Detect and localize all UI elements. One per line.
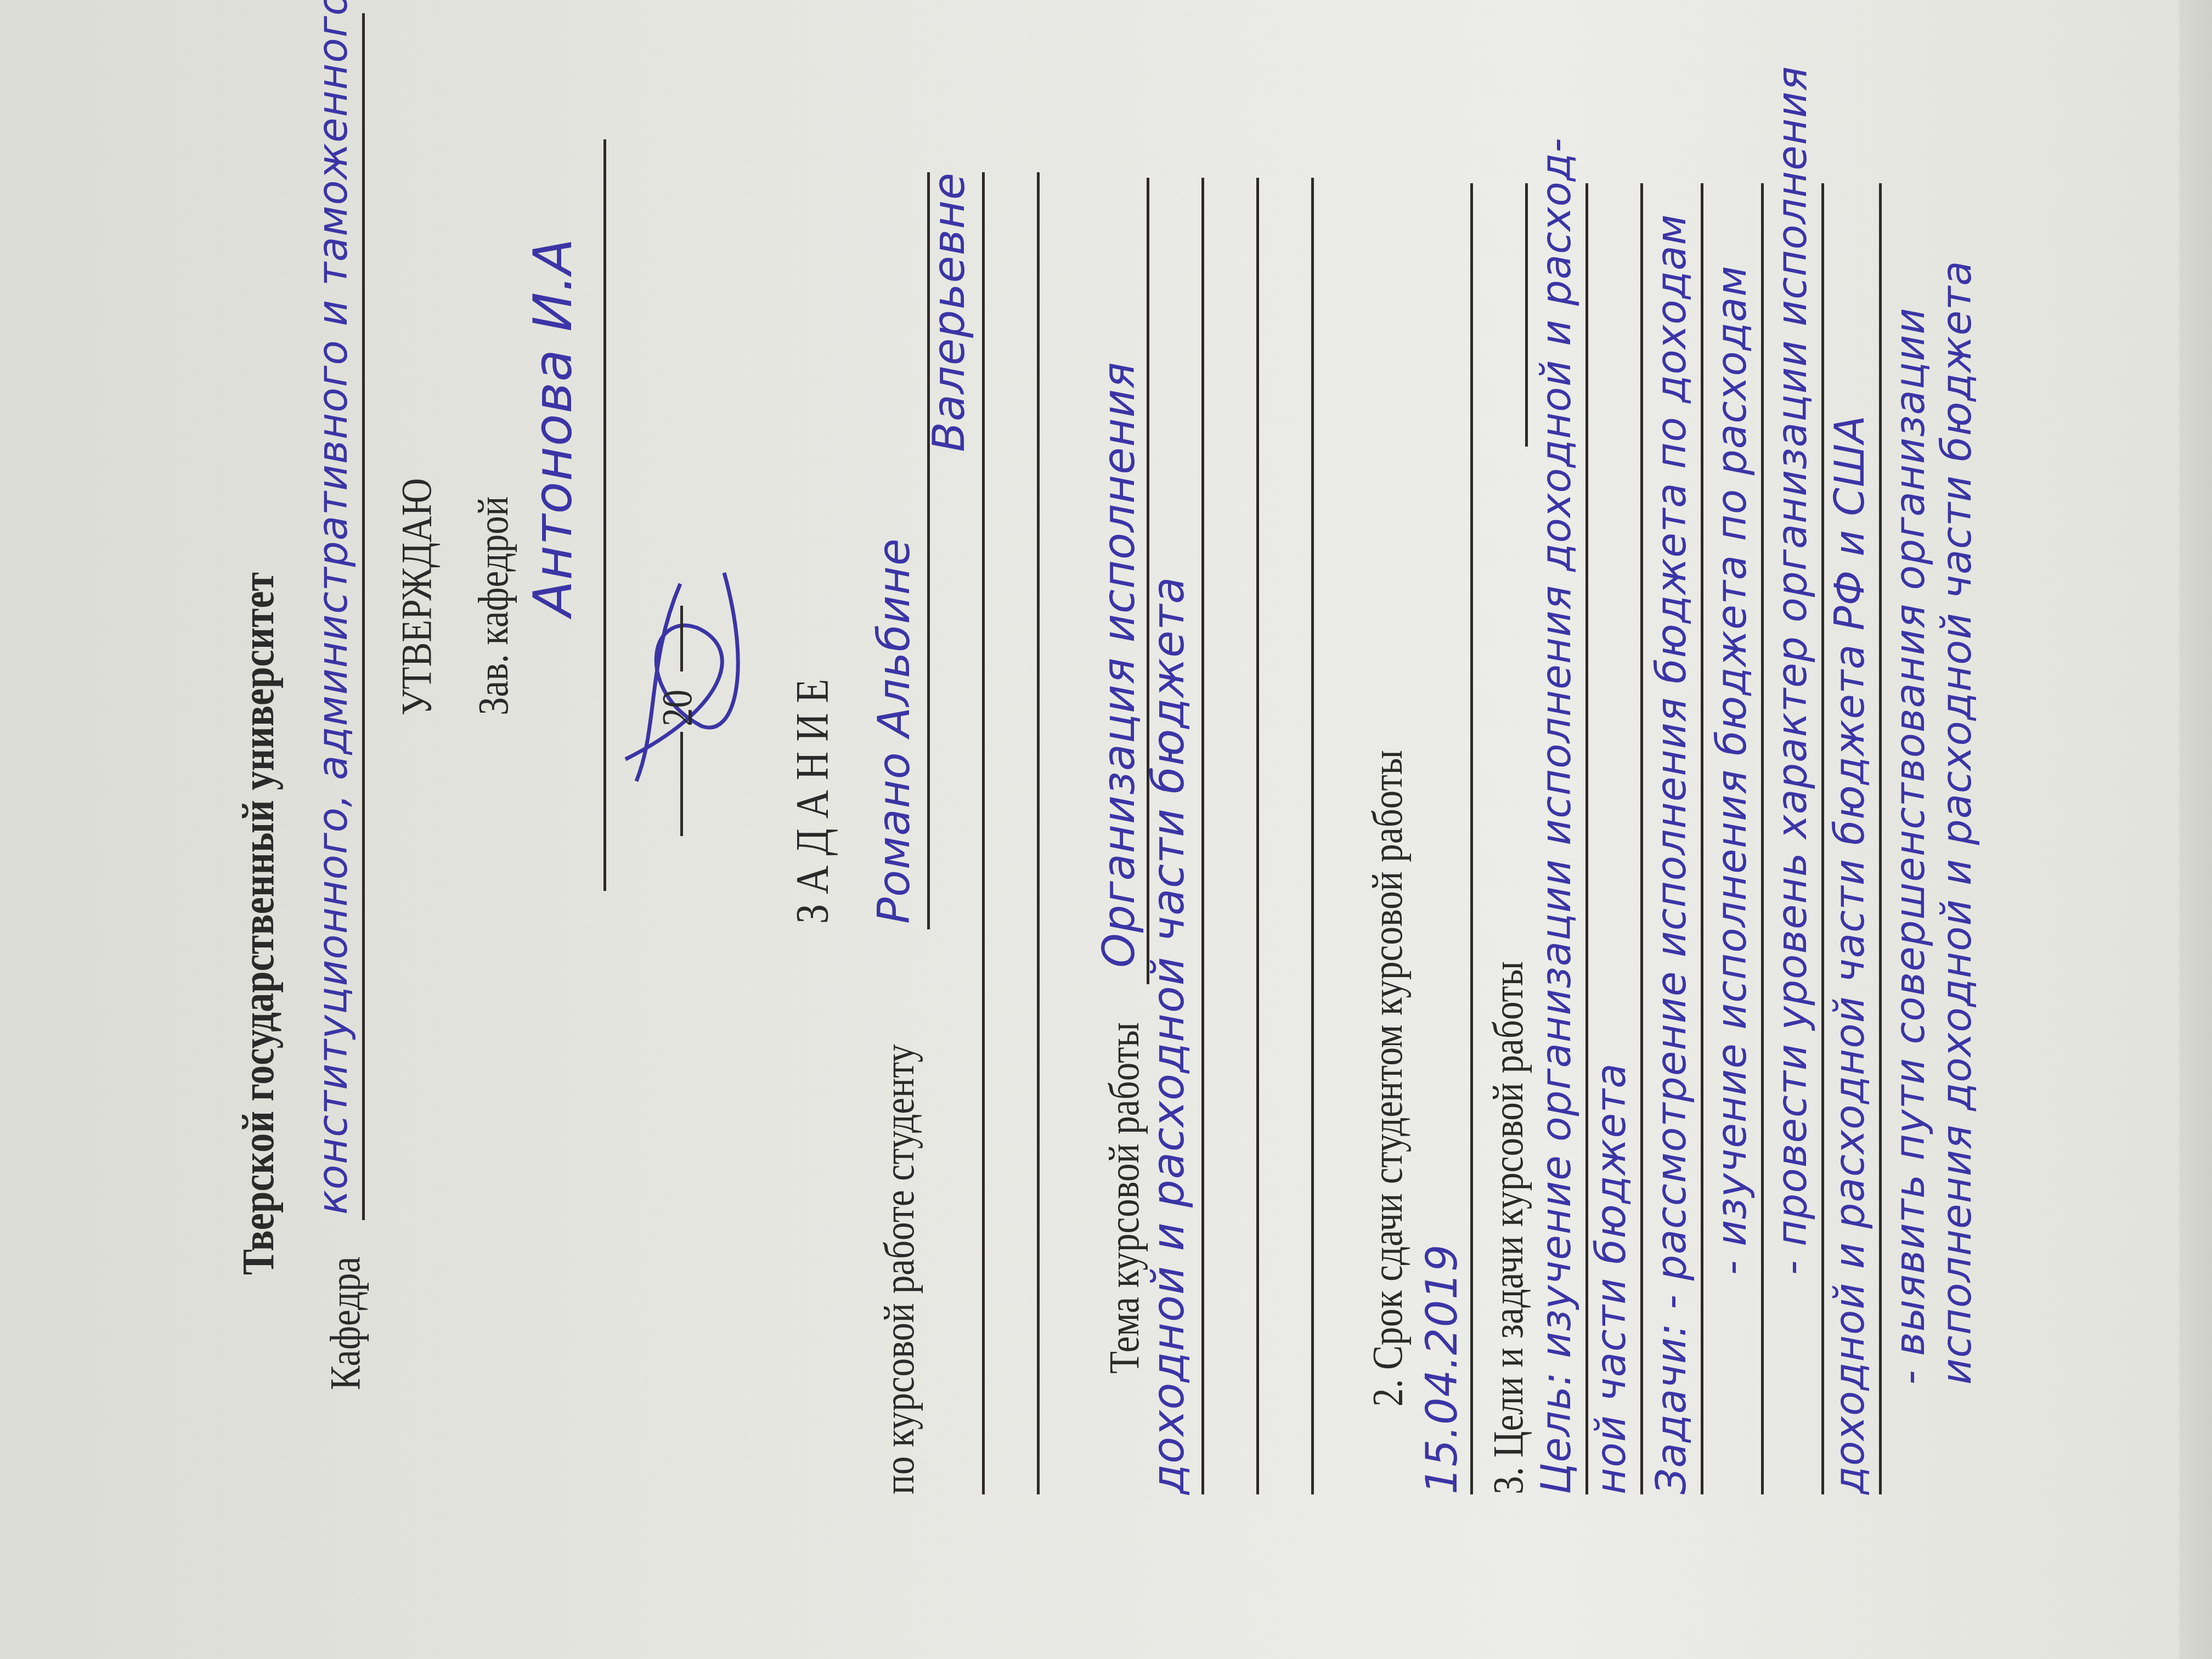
assignment-heading: З А Д А Н И Е	[790, 679, 836, 924]
goal-line-1: Цель: изучение организации исполнения до…	[1536, 137, 1577, 1494]
date-day-line	[680, 732, 683, 836]
student-label: по курсовой работе студенту	[878, 1044, 921, 1494]
deadline-underline	[1470, 183, 1473, 1494]
task-line-3: - провести уровень характер организации …	[1772, 66, 1813, 1275]
department-label: Кафедра	[324, 1257, 366, 1390]
deadline-value: 15.04.2019	[1421, 1244, 1464, 1494]
tasks-underline-1	[1701, 183, 1703, 1494]
year-line	[680, 606, 683, 672]
topic-underline-4	[1311, 178, 1314, 1494]
department-value: конституционного, административного и та…	[313, 0, 353, 1215]
student-name-line-2: Валерьевне	[927, 172, 971, 452]
student-underline-3	[1037, 172, 1040, 1494]
approval-title: УТВЕРЖДАЮ	[395, 478, 438, 715]
topic-underline-3	[1256, 178, 1259, 1494]
department-underline	[362, 13, 365, 1220]
task-line-4: доходной и расходной части бюджета РФ и …	[1830, 415, 1870, 1494]
tasks-underline-4	[1879, 183, 1882, 1494]
topic-label: Тема курсовой работы	[1103, 1022, 1145, 1374]
goals-underline-2	[1640, 183, 1643, 1494]
head-signature-line	[603, 139, 606, 891]
topic-line-2: доходной и расходной части бюджета	[1147, 577, 1190, 1494]
goal-line-2: ной части бюджета	[1591, 1063, 1632, 1494]
topic-line-1: Организация исполнения	[1097, 362, 1141, 968]
task-line-1: Задачи: - рассмотрение исполнения бюджет…	[1651, 214, 1692, 1494]
university-name: Тверской государственный университет	[236, 572, 281, 1275]
assignment-form: Тверской государственный университет Каф…	[0, 0, 2212, 1659]
task-line-2: - изучение исполнения бюджета по расхода…	[1712, 266, 1752, 1275]
deadline-label: 2. Срок сдачи студентом курсовой работы	[1366, 750, 1409, 1407]
tasks-underline-2	[1761, 183, 1764, 1494]
head-of-department-name: Антонова И.А	[527, 238, 579, 617]
goals-underline-0	[1525, 183, 1528, 447]
student-underline-2	[982, 172, 985, 1494]
goals-label: 3. Цели и задачи курсовой работы	[1487, 961, 1530, 1494]
task-line-6: исполнения доходной и расходной части бю…	[1937, 261, 1977, 1385]
signature-icon	[614, 562, 757, 792]
head-of-department-label: Зав. кафедрой	[472, 496, 515, 715]
task-line-5: - выявить пути совершенствования организ…	[1890, 307, 1931, 1385]
year-prefix: 20	[656, 690, 698, 726]
tasks-underline-3	[1821, 183, 1824, 1494]
topic-underline-2	[1201, 178, 1204, 1494]
student-name-line-1: Романо Альбине	[872, 538, 916, 924]
